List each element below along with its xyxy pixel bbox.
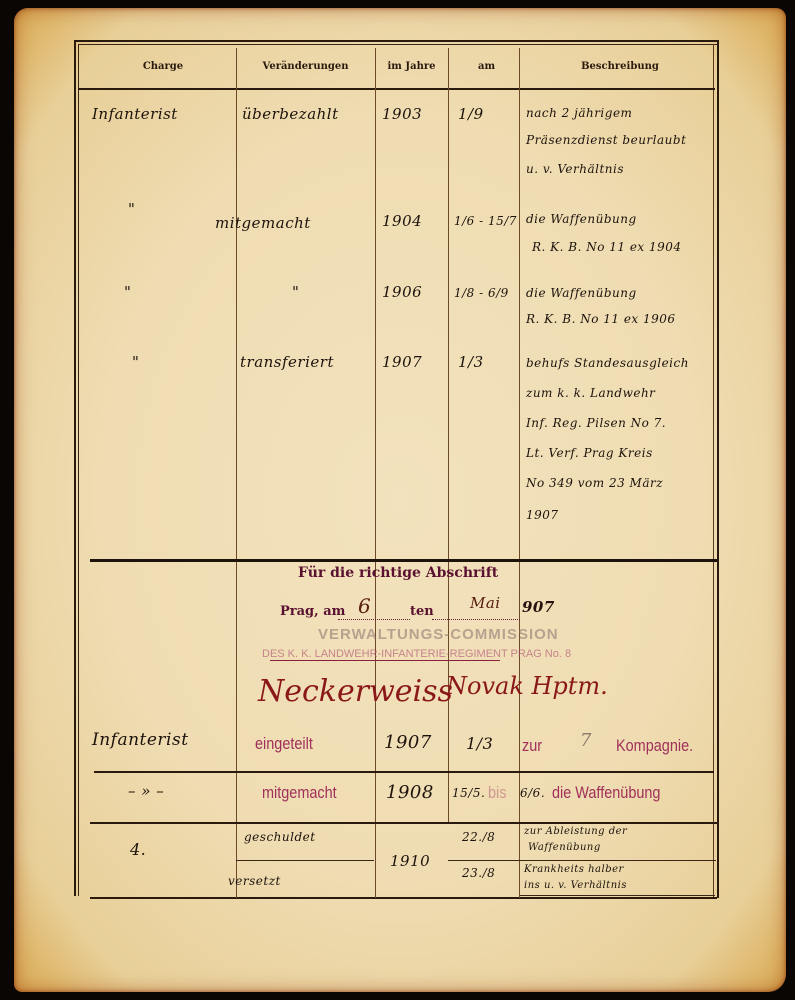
row4-charge: " bbox=[132, 353, 139, 371]
row3-charge: " bbox=[124, 283, 131, 301]
header-veraenderungen: Veränderungen bbox=[236, 46, 375, 88]
row4-desc-line: behufs Standesausgleich bbox=[526, 356, 689, 370]
lower-row1-company: 7 bbox=[580, 730, 592, 751]
lower-row2-date-to: 6/6. bbox=[520, 786, 545, 800]
header-beschreibung: Beschreibung bbox=[525, 46, 715, 88]
lower-row3-date-b: 23./8 bbox=[462, 866, 495, 880]
row3-desc-line: R. K. B. No 11 ex 1906 bbox=[526, 312, 676, 326]
lower-row3-date-a: 22./8 bbox=[462, 830, 495, 844]
stamp-line1: VERWALTUNGS-COMMISSION bbox=[318, 626, 559, 643]
month-line bbox=[432, 618, 520, 620]
row1-desc-line: Präsenzdienst beurlaubt bbox=[526, 133, 686, 147]
lower-row3-change-b: versetzt bbox=[228, 874, 281, 888]
row-subdivider bbox=[236, 860, 374, 861]
lower-row3-desc-b: Krankheits halber bbox=[524, 864, 624, 875]
certification-year: 907 bbox=[522, 598, 555, 616]
row4-desc-line: No 349 vom 23 März bbox=[526, 476, 663, 490]
row3-date: 1/8 - 6/9 bbox=[454, 286, 509, 300]
signature-1: Neckerweiss bbox=[258, 674, 453, 709]
row1-desc-line: nach 2 jährigem bbox=[526, 106, 632, 120]
row1-date: 1/9 bbox=[458, 105, 484, 123]
row2-date: 1/6 - 15/7 bbox=[454, 214, 517, 228]
lower-row1-change: eingeteilt bbox=[255, 734, 313, 754]
lower-row2-year: 1908 bbox=[386, 782, 434, 803]
row4-year: 1907 bbox=[382, 353, 422, 371]
lower-row2-change: mitgemacht bbox=[262, 783, 337, 803]
day-line bbox=[338, 618, 410, 620]
lower-row3-desc-a: Waffenübung bbox=[528, 842, 601, 853]
lower-row2-charge: – » – bbox=[128, 782, 164, 800]
row4-desc-line: zum k. k. Landwehr bbox=[526, 386, 655, 400]
lower-row2-bis: bis bbox=[488, 783, 506, 803]
table-right-border bbox=[717, 40, 719, 898]
lower-row2-date-from: 15/5. bbox=[452, 786, 485, 800]
lower-row1-date: 1/3 bbox=[466, 734, 493, 753]
row-separator bbox=[90, 822, 717, 824]
row2-desc-line: R. K. B. No 11 ex 1904 bbox=[532, 240, 682, 254]
lower-row1-year: 1907 bbox=[384, 732, 432, 753]
certification-title: Für die richtige Abschrift bbox=[298, 565, 498, 581]
row3-year: 1906 bbox=[382, 283, 422, 301]
row1-change: überbezahlt bbox=[242, 105, 339, 123]
lower-row3-desc-a: zur Ableistung der bbox=[524, 826, 627, 837]
lower-row1-kompagnie: Kompagnie. bbox=[616, 736, 693, 756]
stamp-line2: DES K. K. LANDWEHR-INFANTERIE-REGIMENT P… bbox=[262, 648, 571, 660]
row4-change: transferiert bbox=[240, 353, 334, 371]
certification-day: 6 bbox=[358, 594, 371, 618]
row4-desc-line: Lt. Verf. Prag Kreis bbox=[526, 446, 653, 460]
certification-ten: ten bbox=[410, 604, 434, 619]
certification-month: Mai bbox=[470, 594, 501, 612]
row2-charge: " bbox=[128, 200, 135, 218]
lower-row3-year: 1910 bbox=[390, 852, 430, 870]
signature-2: Novak Hptm. bbox=[446, 672, 608, 700]
header-am: am bbox=[448, 46, 525, 88]
certification-place: Prag, am bbox=[280, 604, 345, 619]
lower-row3-change-a: geschuldet bbox=[244, 830, 316, 844]
lower-row2-desc: die Waffenübung bbox=[552, 783, 660, 803]
row3-change: " bbox=[292, 283, 299, 301]
lower-row1-zur: zur bbox=[522, 736, 542, 756]
lower-row3-desc-b: ins u. v. Verhältnis bbox=[524, 880, 627, 891]
stamp-underline bbox=[270, 660, 500, 661]
row4-date: 1/3 bbox=[458, 353, 484, 371]
table-bottom-border bbox=[90, 897, 717, 899]
row2-change: mitgemacht bbox=[215, 214, 311, 232]
row2-year: 1904 bbox=[382, 212, 422, 230]
row4-desc-line: 1907 bbox=[526, 508, 559, 522]
row3-desc-line: die Waffenübung bbox=[526, 286, 637, 300]
row-underline bbox=[520, 895, 715, 896]
row1-charge: Infanterist bbox=[92, 105, 178, 123]
header-im-jahre: im Jahre bbox=[375, 46, 448, 88]
row-separator bbox=[94, 771, 714, 773]
section-separator bbox=[90, 559, 717, 562]
row2-desc-line: die Waffenübung bbox=[526, 212, 637, 226]
lower-row1-charge: Infanterist bbox=[92, 730, 189, 750]
header-charge: Charge bbox=[90, 46, 236, 88]
lower-row3-charge: 4. bbox=[130, 840, 146, 859]
row-subdivider bbox=[448, 860, 716, 861]
row1-year: 1903 bbox=[382, 105, 422, 123]
table-header-row: Charge Veränderungen im Jahre am Beschre… bbox=[78, 46, 715, 90]
row1-desc-line: u. v. Verhältnis bbox=[526, 162, 624, 176]
row4-desc-line: Inf. Reg. Pilsen No 7. bbox=[526, 416, 666, 430]
